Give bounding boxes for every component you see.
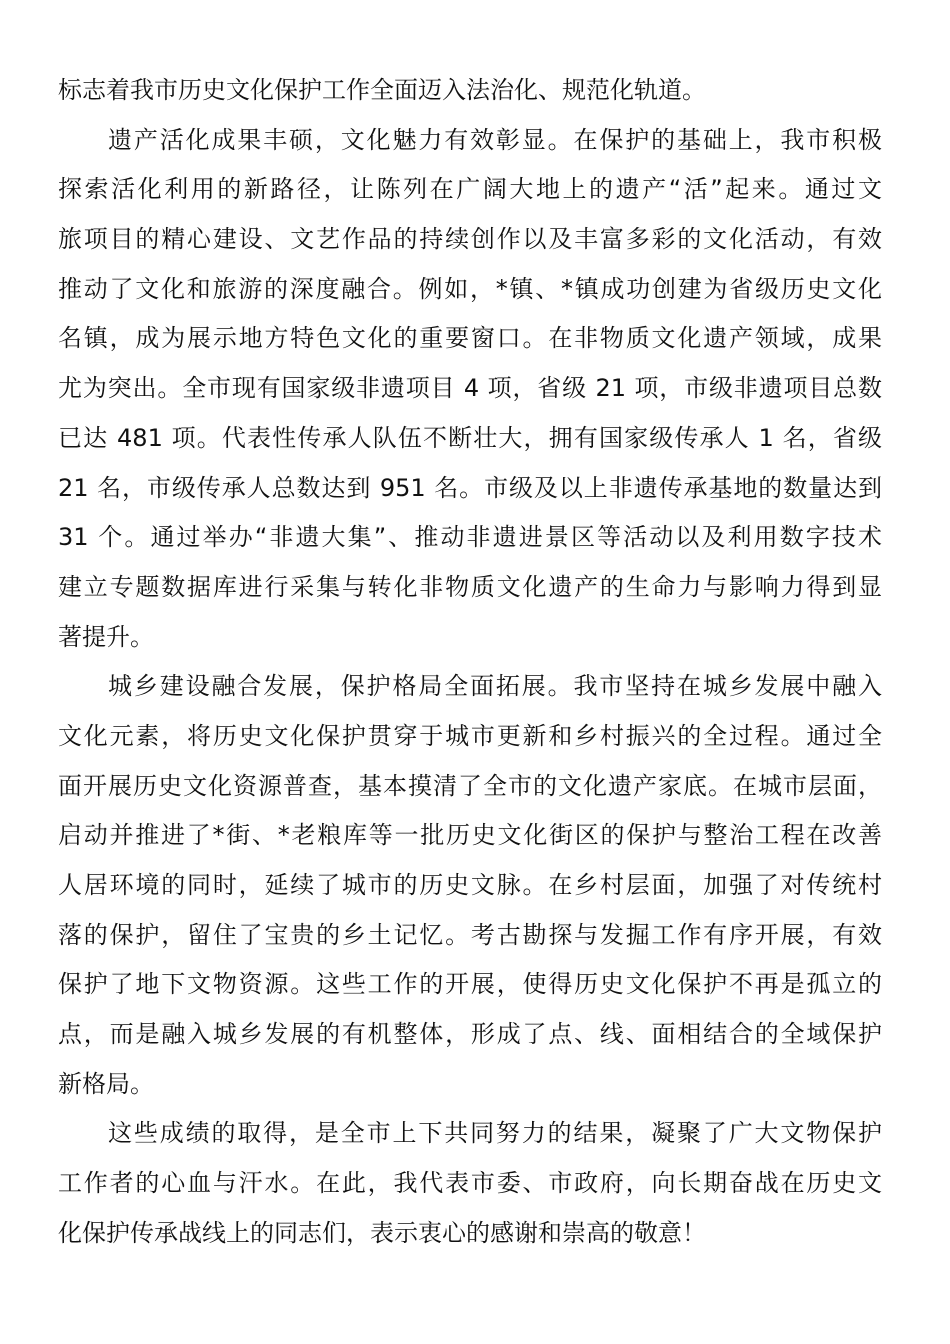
text-line: 这些成绩的取得，是全市上下共同努力的结果，凝聚了广大文物保护 bbox=[58, 1109, 882, 1159]
paragraph-urban-rural-integration: 城乡建设融合发展，保护格局全面拓展。我市坚持在城乡发展中融入 文化元素，将历史文… bbox=[58, 662, 882, 1109]
text-line: 面开展历史文化资源普查，基本摸清了全市的文化遗产家底。在城市层面， bbox=[58, 762, 882, 812]
text-line: 31 个。通过举办“非遗大集”、推动非遗进景区等活动以及利用数字技术 bbox=[58, 513, 882, 563]
text-line: 著提升。 bbox=[58, 613, 882, 663]
text-line: 点，而是融入城乡发展的有机整体，形成了点、线、面相结合的全域保护 bbox=[58, 1010, 882, 1060]
text-line: 保护了地下文物资源。这些工作的开展，使得历史文化保护不再是孤立的 bbox=[58, 960, 882, 1010]
text-line: 化保护传承战线上的同志们，表示衷心的感谢和崇高的敬意！ bbox=[58, 1209, 882, 1259]
text-line: 推动了文化和旅游的深度融合。例如，*镇、*镇成功创建为省级历史文化 bbox=[58, 265, 882, 315]
text-line: 标志着我市历史文化保护工作全面迈入法治化、规范化轨道。 bbox=[58, 66, 882, 116]
text-line: 已达 481 项。代表性传承人队伍不断壮大，拥有国家级传承人 1 名，省级 bbox=[58, 414, 882, 464]
text-line: 21 名，市级传承人总数达到 951 名。市级及以上非遗传承基地的数量达到 bbox=[58, 464, 882, 514]
text-line: 工作者的心血与汗水。在此，我代表市委、市政府，向长期奋战在历史文 bbox=[58, 1159, 882, 1209]
document-page: 标志着我市历史文化保护工作全面迈入法治化、规范化轨道。 遗产活化成果丰硕，文化魅… bbox=[58, 66, 882, 1259]
paragraph-continuation: 标志着我市历史文化保护工作全面迈入法治化、规范化轨道。 bbox=[58, 66, 882, 116]
paragraph-heritage-revitalization: 遗产活化成果丰硕，文化魅力有效彰显。在保护的基础上，我市积极 探索活化利用的新路… bbox=[58, 116, 882, 663]
text-line: 名镇，成为展示地方特色文化的重要窗口。在非物质文化遗产领域，成果 bbox=[58, 314, 882, 364]
text-line: 尤为突出。全市现有国家级非遗项目 4 项，省级 21 项，市级非遗项目总数 bbox=[58, 364, 882, 414]
text-line: 旅项目的精心建设、文艺作品的持续创作以及丰富多彩的文化活动，有效 bbox=[58, 215, 882, 265]
text-line: 文化元素，将历史文化保护贯穿于城市更新和乡村振兴的全过程。通过全 bbox=[58, 712, 882, 762]
text-line: 落的保护，留住了宝贵的乡土记忆。考古勘探与发掘工作有序开展，有效 bbox=[58, 911, 882, 961]
text-line: 城乡建设融合发展，保护格局全面拓展。我市坚持在城乡发展中融入 bbox=[58, 662, 882, 712]
text-line: 人居环境的同时，延续了城市的历史文脉。在乡村层面，加强了对传统村 bbox=[58, 861, 882, 911]
text-line: 遗产活化成果丰硕，文化魅力有效彰显。在保护的基础上，我市积极 bbox=[58, 116, 882, 166]
text-line: 启动并推进了*街、*老粮库等一批历史文化街区的保护与整治工程在改善 bbox=[58, 811, 882, 861]
paragraph-acknowledgement: 这些成绩的取得，是全市上下共同努力的结果，凝聚了广大文物保护 工作者的心血与汗水… bbox=[58, 1109, 882, 1258]
text-line: 探索活化利用的新路径，让陈列在广阔大地上的遗产“活”起来。通过文 bbox=[58, 165, 882, 215]
text-line: 新格局。 bbox=[58, 1060, 882, 1110]
text-line: 建立专题数据库进行采集与转化非物质文化遗产的生命力与影响力得到显 bbox=[58, 563, 882, 613]
